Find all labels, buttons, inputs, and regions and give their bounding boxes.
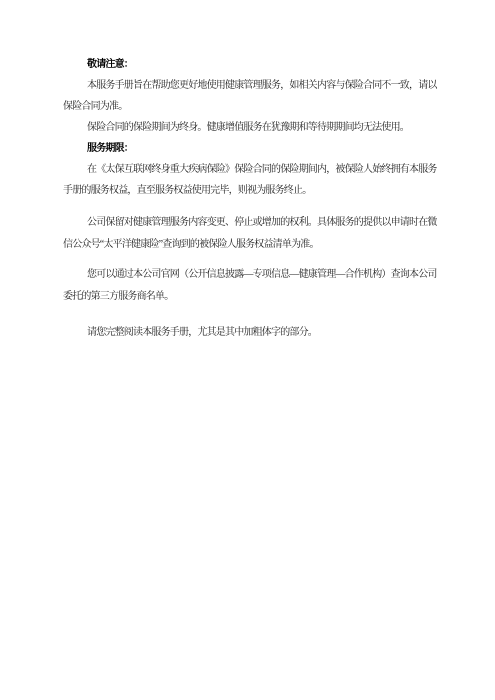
intro-line-1: 本服务手册旨在帮助您更好地使用健康管理服务，如相关内容与保险合同不一致，请以 — [87, 80, 437, 92]
closing-line: 请您完整阅读本服务手册，尤其是其中加粗体字的部分。 — [87, 327, 317, 339]
third-party-line-2: 委托的第三方服务商名单。 — [63, 291, 173, 303]
notice-heading: 敬请注意： — [87, 59, 133, 71]
policy-period-line: 保险合同的保险期间为终身。健康增值服务在犹豫期和等待期期间均无法使用。 — [87, 122, 409, 134]
rights-reservation-line-1: 公司保留对健康管理服务内容变更、停止或增加的权利。具体服务的提供以申请时在微 — [87, 217, 437, 229]
rights-reservation-line-2: 信公众号“太平洋健康险”查询到的被保险人服务权益清单为准。 — [63, 239, 319, 251]
third-party-line-1: 您可以通过本公司官网（公开信息披露—专项信息—健康管理—合作机构）查询本公司 — [87, 269, 437, 281]
service-term-line-1: 在《太保互联网终身重大疾病保险》保险合同的保险期间内，被保险人始终拥有本服务 — [87, 164, 437, 176]
intro-line-2: 保险合同为准。 — [63, 101, 127, 113]
service-term-heading: 服务期限： — [87, 143, 133, 155]
document-page: 敬请注意： 本服务手册旨在帮助您更好地使用健康管理服务，如相关内容与保险合同不一… — [0, 0, 495, 700]
service-term-line-2: 手册的服务权益，直至服务权益使用完毕，则视为服务终止。 — [63, 185, 311, 197]
